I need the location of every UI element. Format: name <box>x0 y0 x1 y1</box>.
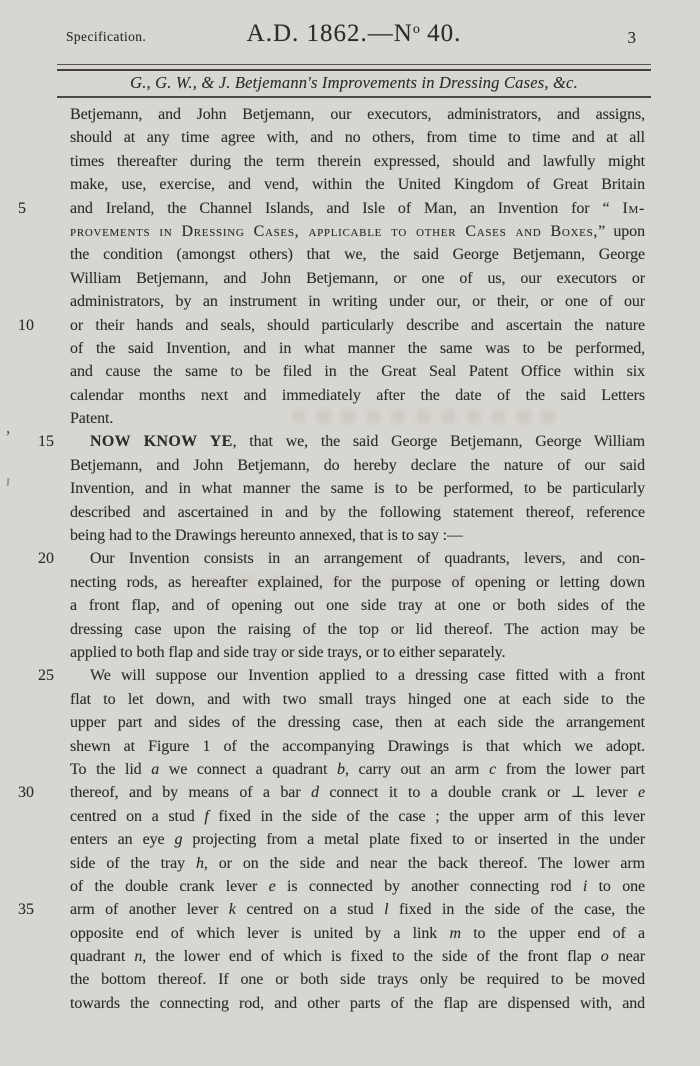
text-run: make, use, exercise, and vend, within th… <box>70 176 645 193</box>
text-run: e <box>269 878 276 895</box>
text-run: provements in Dressing Cases, applicable… <box>70 223 598 240</box>
text-line: being had to the Drawings hereunto annex… <box>70 524 645 547</box>
text-line: Invention, and in what manner the same i… <box>70 477 645 500</box>
text-line: the bottom thereof. If one or both side … <box>70 968 645 991</box>
text-line: 15NOW KNOW YE, that we, the said George … <box>70 430 645 453</box>
text-run: applied to both flap and side tray or si… <box>70 644 505 661</box>
text-run: , carry out an arm <box>345 761 489 778</box>
text-run: near <box>609 948 645 965</box>
text-line: shewn at Figure 1 of the accompanying Dr… <box>70 735 645 758</box>
text-run: the condition (amongst others) that we, … <box>70 246 645 263</box>
text-run: administrators, by an instrument in writ… <box>70 293 645 310</box>
text-line: side of the tray h, or on the side and n… <box>70 852 645 875</box>
text-run: k <box>229 901 236 918</box>
text-run: a <box>151 761 159 778</box>
text-line: make, use, exercise, and vend, within th… <box>70 173 645 196</box>
text-run: from the lower part <box>496 761 645 778</box>
text-run: dressing case upon the raising of the to… <box>70 621 645 638</box>
text-run: side of the tray <box>70 855 196 872</box>
text-run: shewn at Figure 1 of the accompanying Dr… <box>70 738 645 755</box>
body-text: Betjemann, and John Betjemann, our execu… <box>70 103 645 1015</box>
text-line: calendar months next and immediately aft… <box>70 384 645 407</box>
text-run: Invention, and in what manner the same i… <box>70 480 645 497</box>
text-line: quadrant n, the lower end of which is fi… <box>70 945 645 968</box>
document-page: Specification. A.D. 1862.—No 40. 3 G., G… <box>0 0 700 1066</box>
single-rule <box>57 96 651 98</box>
text-line: William Betjemann, and John Betjemann, o… <box>70 267 645 290</box>
text-line: 35arm of another lever k centred on a st… <box>70 898 645 921</box>
text-line: of the double crank lever e is connected… <box>70 875 645 898</box>
text-run: To the lid <box>70 761 151 778</box>
heading-superscript-o: o <box>413 22 420 37</box>
text-line: described and ascertained in and by the … <box>70 501 645 524</box>
text-run: and Ireland, the Channel Islands, and Is… <box>70 200 622 217</box>
page-number: 3 <box>628 28 637 48</box>
text-line: Betjemann, and John Betjemann, do hereby… <box>70 454 645 477</box>
text-run: thereof, and by means of a bar <box>70 784 311 801</box>
text-run: to one <box>587 878 645 895</box>
text-run: Betjemann, and John Betjemann, our execu… <box>70 106 645 123</box>
text-run: quadrant <box>70 948 134 965</box>
text-run: Patent. <box>70 410 113 427</box>
text-run: , or on the side and near the back there… <box>204 855 645 872</box>
text-run: a front flap, and of opening out one sid… <box>70 597 645 614</box>
text-line: dressing case upon the raising of the to… <box>70 618 645 641</box>
page-heading: A.D. 1862.—No 40. <box>57 20 651 48</box>
text-run: centred on a stud <box>236 901 384 918</box>
text-line: provements in Dressing Cases, applicable… <box>70 220 645 243</box>
text-run: b <box>337 761 345 778</box>
text-run: or their hands and seals, should particu… <box>70 317 645 334</box>
text-line: times thereafter during the term therein… <box>70 150 645 173</box>
text-line: centred on a stud f fixed in the side of… <box>70 805 645 828</box>
text-run: e <box>638 784 645 801</box>
text-line: the condition (amongst others) that we, … <box>70 243 645 266</box>
line-number: 35 <box>18 898 64 921</box>
double-rule <box>57 64 651 71</box>
text-run: , the lower end of which is fixed to the… <box>142 948 601 965</box>
scan-artifact-tick <box>7 478 10 486</box>
text-run: Betjemann, and John Betjemann, do hereby… <box>70 457 645 474</box>
text-run: centred on a stud <box>70 808 204 825</box>
text-line: should at any time agree with, and no ot… <box>70 126 645 149</box>
text-line: of the said Invention, and in what manne… <box>70 337 645 360</box>
text-run: towards the connecting rod, and other pa… <box>70 995 645 1012</box>
text-line: Betjemann, and John Betjemann, our execu… <box>70 103 645 126</box>
scan-bleedthrough-lower <box>210 575 510 586</box>
text-run: NOW KNOW YE <box>90 433 233 450</box>
text-run: upper part and sides of the dressing cas… <box>70 714 645 731</box>
text-line: applied to both flap and side tray or si… <box>70 641 645 664</box>
text-run: flat to let down, and with two small tra… <box>70 691 645 708</box>
text-run: William Betjemann, and John Betjemann, o… <box>70 270 645 287</box>
text-line: 20Our Invention consists in an arrangeme… <box>70 547 645 570</box>
heading-tail: 40. <box>420 20 462 47</box>
text-run: times thereafter during the term therein… <box>70 153 645 170</box>
text-run: , that we, the said George Betjemann, Ge… <box>233 433 645 450</box>
text-line: towards the connecting rod, and other pa… <box>70 992 645 1015</box>
text-line: 5and Ireland, the Channel Islands, and I… <box>70 197 645 220</box>
text-run: We will suppose our Invention applied to… <box>90 667 645 684</box>
text-run: calendar months next and immediately aft… <box>70 387 645 404</box>
text-run: and cause the same to be filed in the Gr… <box>70 363 645 380</box>
text-line: administrators, by an instrument in writ… <box>70 290 645 313</box>
text-line: opposite end of which lever is united by… <box>70 922 645 945</box>
text-line: enters an eye g projecting from a metal … <box>70 828 645 851</box>
text-line: upper part and sides of the dressing cas… <box>70 711 645 734</box>
text-run: Im- <box>622 200 645 217</box>
line-number: 10 <box>18 314 64 337</box>
text-line: and cause the same to be filed in the Gr… <box>70 360 645 383</box>
text-line: 25We will suppose our Invention applied … <box>70 664 645 687</box>
line-number: 25 <box>18 664 64 687</box>
heading-main: A.D. 1862.—N <box>247 20 413 47</box>
text-run: of the double crank lever <box>70 878 269 895</box>
text-run: fixed in the side of the case, the <box>388 901 645 918</box>
text-run: fixed in the side of the case ; the uppe… <box>209 808 645 825</box>
text-run: arm of another lever <box>70 901 229 918</box>
text-line: flat to let down, and with two small tra… <box>70 688 645 711</box>
text-run: should at any time agree with, and no ot… <box>70 129 645 146</box>
line-number: 30 <box>18 781 64 804</box>
text-run: connect it to a double crank or ⊥ lever <box>319 784 638 801</box>
text-line: 10or their hands and seals, should parti… <box>70 314 645 337</box>
document-title: G., G. W., & J. Betjemann's Improvements… <box>57 73 651 93</box>
text-run: ” upon <box>598 223 645 240</box>
text-run: of the said Invention, and in what manne… <box>70 340 645 357</box>
text-run: enters an eye <box>70 831 175 848</box>
scan-bleedthrough-upper <box>292 410 560 423</box>
line-number: 20 <box>18 547 64 570</box>
text-line: 30thereof, and by means of a bar d conne… <box>70 781 645 804</box>
text-run: o <box>601 948 609 965</box>
text-run: described and ascertained in and by the … <box>70 504 645 521</box>
text-line: a front flap, and of opening out one sid… <box>70 594 645 617</box>
text-run: the bottom thereof. If one or both side … <box>70 971 645 988</box>
text-line: To the lid a we connect a quadrant b, ca… <box>70 758 645 781</box>
scan-artifact-mark: , <box>6 418 10 438</box>
text-run: m <box>449 925 460 942</box>
text-run: h <box>196 855 204 872</box>
text-run: being had to the Drawings hereunto annex… <box>70 527 463 544</box>
text-run: is connected by another connecting rod <box>276 878 583 895</box>
text-run: projecting from a metal plate fixed to o… <box>182 831 645 848</box>
text-run: opposite end of which lever is united by… <box>70 925 449 942</box>
text-run: to the upper end of a <box>461 925 645 942</box>
text-run: Our Invention consists in an arrangement… <box>90 550 645 567</box>
line-number: 5 <box>18 197 64 220</box>
line-number: 15 <box>18 430 64 453</box>
text-run: we connect a quadrant <box>159 761 337 778</box>
text-run: d <box>311 784 319 801</box>
